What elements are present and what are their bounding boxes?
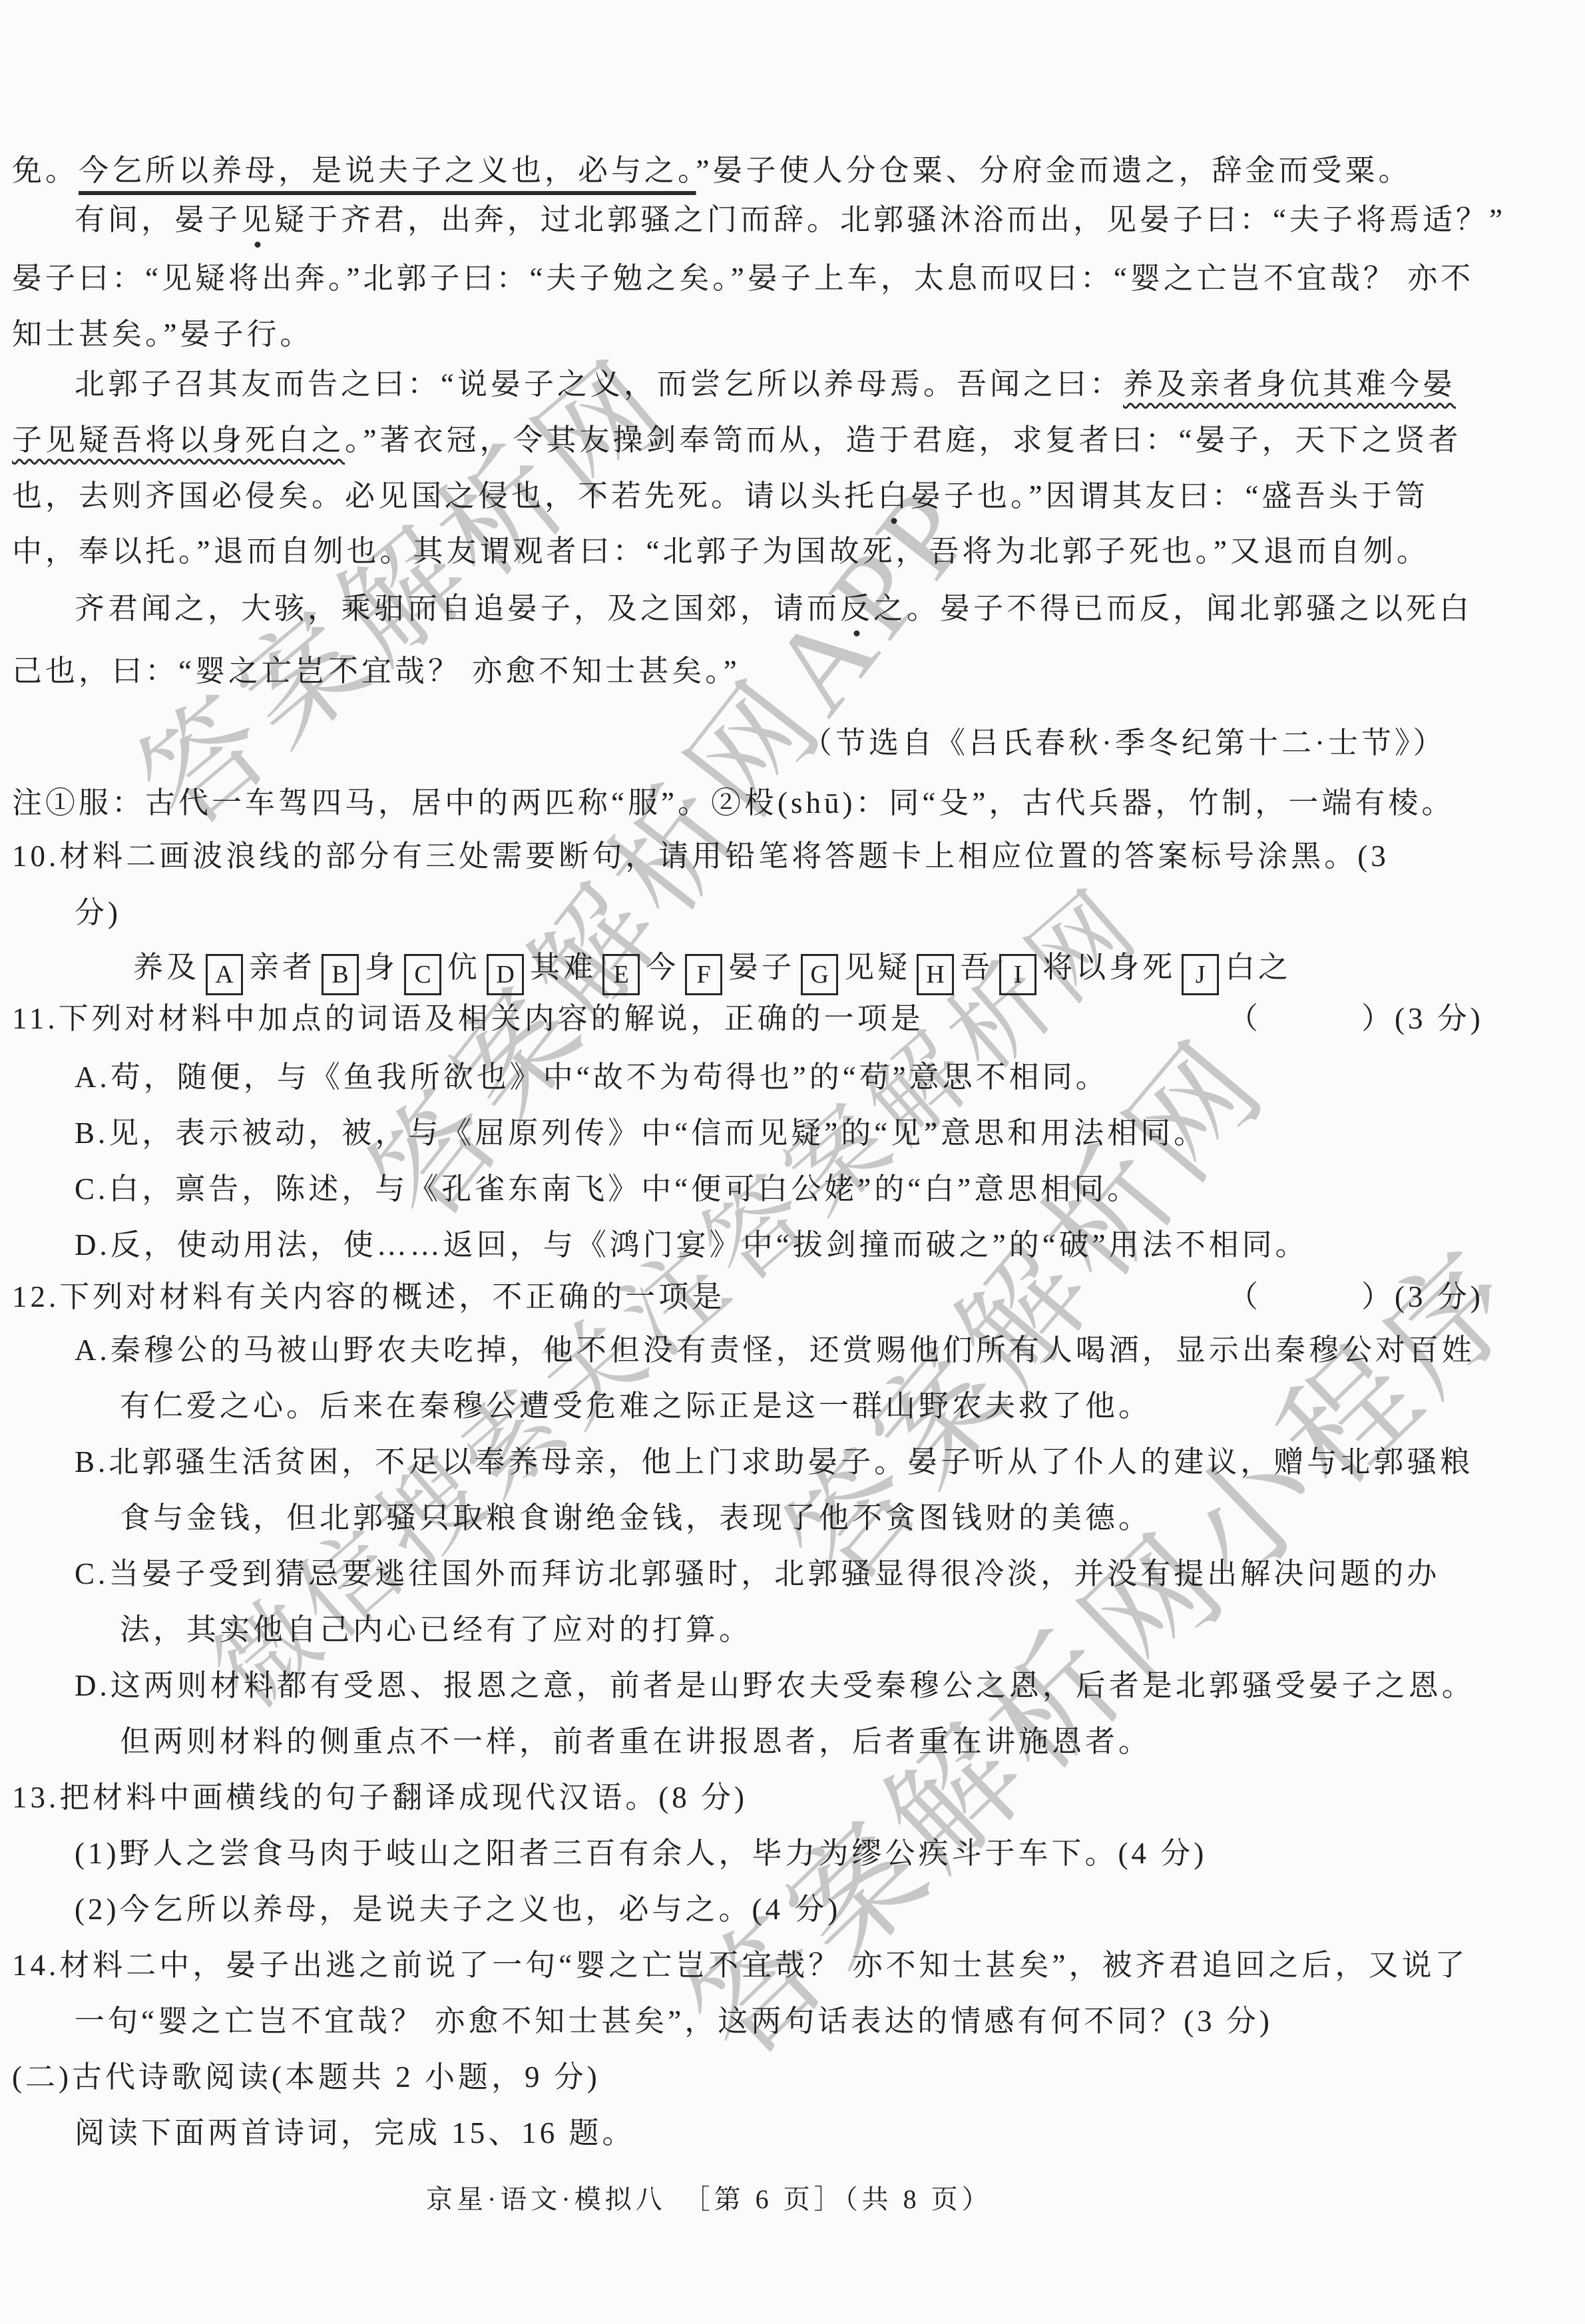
text-run: 免。	[12, 154, 79, 187]
text-run: 分)	[75, 896, 121, 929]
text-run: (1)野人之尝食马肉于岐山之阳者三百有余人，毕力为缪公疾斗于车下。(4 分)	[75, 1837, 1207, 1870]
section-2-instruction: 阅读下面两首诗词，完成 15、16 题。	[75, 2114, 636, 2152]
segmentation-choice-box[interactable]: H	[917, 954, 954, 995]
passage-source: （节选自《吕氏春秋·季冬纪第十二·士节》）	[802, 724, 1446, 762]
text-run: C.白，禀告，陈述，与《孔雀东南飞》中“便可白公姥”的“白”意思相同。	[75, 1172, 1140, 1206]
question-12-option-d-wrap: 但两则材料的侧重点不一样，前者重在讲报恩者，后者重在讲施恩者。	[120, 1723, 1152, 1760]
text-run: 己也，曰：“婴之亡岂不宜哉？ 亦愈不知士甚矣。”	[12, 654, 740, 688]
passage-line: 己也，曰：“婴之亡岂不宜哉？ 亦愈不知士甚矣。”	[12, 652, 740, 690]
text-run: (2)今乞所以养母，是说夫子之义也，必与之。(4 分)	[75, 1893, 841, 1926]
question-12-option-a: A.秦穆公的马被山野农夫吃掉，他不但没有责怪，还赏赐他们所有人喝酒，显示出秦穆公…	[75, 1331, 1475, 1369]
question-11-option-d: D.反，使动用法，使……返回，与《鸿门宴》中“拔剑撞而破之”的“破”用法不相同。	[75, 1226, 1309, 1264]
segmentation-choice-box[interactable]: E	[602, 954, 640, 995]
page-footer: 京星·语文·模拟八 ［第 6 页］（共 8 页）	[426, 2178, 993, 2216]
text-run: 见疑	[844, 951, 911, 984]
text-run: 齐君闻之，大骇，乘驲而自追晏子，及之国郊，请而	[75, 592, 840, 625]
text-run: 一句“婴之亡岂不宜哉？ 亦愈不知士甚矣”，这两句话表达的情感有何不同？(3 分)	[75, 2004, 1273, 2038]
text-run: D.这两则材料都有受恩、报恩之意，前者是山野农夫受秦穆公之恩，后者是北郭骚受晏子…	[75, 1669, 1475, 1702]
question-10-stem-wrap: 分)	[75, 894, 121, 931]
question-13-stem: 13.把材料中画横线的句子翻译成现代汉语。(8 分)	[12, 1779, 748, 1816]
text-run: 中，奉以托。”退而自刎也。其友谓观者曰：“北郭子为国故死，吾将为北郭子死也。”又…	[12, 535, 1430, 568]
segmentation-choice-box[interactable]: B	[322, 954, 359, 995]
text-run: 晏子也。”因谓其友曰：“盛吾头于笥	[911, 479, 1428, 513]
text-run: 晏子曰：“见疑将出奔。”北郭子曰：“夫子勉之矣。”晏子上车，太息而叹曰：“婴之亡…	[12, 262, 1474, 295]
text-dot: 见	[241, 203, 274, 236]
passage-note: 注①服：古代一车驾四马，居中的两匹称“服”。②杸(shū)：同“殳”，古代兵器，…	[12, 784, 1455, 821]
text-run: 养及	[133, 951, 200, 984]
question-14-stem: 14.材料二中，晏子出逃之前说了一句“婴之亡岂不宜哉？ 亦不知士甚矣”，被齐君追…	[12, 1947, 1468, 1984]
question-12-option-b-wrap: 食与金钱，但北郭骚只取粮食谢绝金钱，表现了他不贪图钱财的美德。	[120, 1499, 1152, 1536]
segmentation-choice-box[interactable]: J	[1182, 954, 1219, 995]
text-run: 今	[646, 951, 679, 984]
question-12-option-d: D.这两则材料都有受恩、报恩之意，前者是山野农夫受秦穆公之恩，后者是北郭骚受晏子…	[75, 1667, 1475, 1704]
passage-line: 子见疑吾将以身死白之。”著衣冠，令其友操剑奉笥而从，造于君庭，求复者曰：“晏子，…	[12, 421, 1461, 459]
question-13-sub-2: (2)今乞所以养母，是说夫子之义也，必与之。(4 分)	[75, 1891, 841, 1928]
question-12-option-b: B.北郭骚生活贫困，不足以奉养母亲，他上门求助晏子。晏子听从了仆人的建议，赠与北…	[75, 1443, 1473, 1481]
text-wavy: 养及亲者身伉其难今晏	[1123, 367, 1456, 401]
passage-line: 有间，晏子见疑于齐君，出奔，过北郭骚之门而辞。北郭骚沐浴而出，见晏子曰：“夫子将…	[75, 201, 1506, 238]
question-11-answer-bracket: （ ）(3 分)	[1228, 1000, 1484, 1037]
text-wavy: 子见疑吾将以身死白之	[12, 423, 345, 457]
text-run: 吾	[960, 951, 993, 984]
text-run: A.苟，随便，与《鱼我所欲也》中“故不为苟得也”的“苟”意思不相同。	[75, 1060, 1109, 1094]
question-11-stem: 11.下列对材料中加点的词语及相关内容的解说，正确的一项是	[12, 1000, 924, 1037]
passage-line: 中，奉以托。”退而自刎也。其友谓观者曰：“北郭子为国故死，吾将为北郭子死也。”又…	[12, 533, 1430, 570]
text-run: 北郭子召其友而告之曰：“说晏子之义，而尝乞所以养母焉。吾闻之曰：	[75, 367, 1123, 401]
text-run: 但两则材料的侧重点不一样，前者重在讲报恩者，后者重在讲施恩者。	[120, 1725, 1152, 1758]
text-run: 有间，晏子	[75, 203, 241, 236]
text-run: A.秦穆公的马被山野农夫吃掉，他不但没有责怪，还赏赐他们所有人喝酒，显示出秦穆公…	[75, 1333, 1475, 1367]
text-run: 11.下列对材料中加点的词语及相关内容的解说，正确的一项是	[12, 1002, 924, 1035]
segmentation-choice-box[interactable]: F	[685, 954, 722, 995]
text-run: （节选自《吕氏春秋·季冬纪第十二·士节》）	[802, 726, 1446, 760]
text-run: 阅读下面两首诗词，完成 15、16 题。	[75, 2116, 636, 2150]
question-11-option-a: A.苟，随便，与《鱼我所欲也》中“故不为苟得也”的“苟”意思不相同。	[75, 1058, 1109, 1096]
question-10-stem: 10.材料二画波浪线的部分有三处需要断句，请用铅笔将答题卡上相应位置的答案标号涂…	[12, 837, 1389, 875]
question-11-option-b: B.见，表示被动，被，与《屈原列传》中“信而见疑”的“见”意思和用法相同。	[75, 1114, 1207, 1152]
text-run: 13.把材料中画横线的句子翻译成现代汉语。(8 分)	[12, 1781, 748, 1814]
passage-line: 北郭子召其友而告之曰：“说晏子之义，而尝乞所以养母焉。吾闻之曰：养及亲者身伉其难…	[75, 365, 1456, 403]
text-run: 知士甚矣。”晏子行。	[12, 318, 313, 351]
text-run: 将以身死	[1042, 951, 1176, 984]
text-run: 食与金钱，但北郭骚只取粮食谢绝金钱，表现了他不贪图钱财的美德。	[120, 1501, 1152, 1534]
segmentation-choice-box[interactable]: G	[801, 954, 838, 995]
question-14-stem-wrap: 一句“婴之亡岂不宜哉？ 亦愈不知士甚矣”，这两句话表达的情感有何不同？(3 分)	[75, 2002, 1273, 2040]
text-run: D.反，使动用法，使……返回，与《鸿门宴》中“拔剑撞而破之”的“破”用法不相同。	[75, 1228, 1309, 1262]
question-12-option-a-wrap: 有仁爱之心。后来在秦穆公遭受危难之际正是这一群山野农夫救了他。	[120, 1387, 1152, 1425]
exam-page: 京星·语文·模拟八 ［第 6 页］（共 8 页） 答案解析网答案解析网APP微信…	[0, 0, 1585, 2324]
passage-line: 晏子曰：“见疑将出奔。”北郭子曰：“夫子勉之矣。”晏子上车，太息而叹曰：“婴之亡…	[12, 260, 1474, 297]
passage-line: 也，去则齐国必侵矣。必见国之侵也，不若先死。请以头托白晏子也。”因谓其友曰：“盛…	[12, 477, 1428, 515]
text-run: ”晏子使人分仓粟、分府金而遗之，辞金而受粟。	[696, 154, 1412, 187]
text-run: （ ）(3 分)	[1228, 1280, 1484, 1313]
text-run: （ ）(3 分)	[1228, 1002, 1484, 1035]
text-run: 法，其实他自己内心已经有了应对的打算。	[120, 1613, 752, 1646]
text-run: 10.材料二画波浪线的部分有三处需要断句，请用铅笔将答题卡上相应位置的答案标号涂…	[12, 839, 1389, 873]
passage-line: 免。今乞所以养母，是说夫子之义也，必与之。”晏子使人分仓粟、分府金而遗之，辞金而…	[12, 152, 1412, 189]
text-underline: 今乞所以养母，是说夫子之义也，必与之。	[79, 154, 696, 187]
text-run: 14.材料二中，晏子出逃之前说了一句“婴之亡岂不宜哉？ 亦不知士甚矣”，被齐君追…	[12, 1949, 1468, 1982]
text-run: C.当晏子受到猜忌要逃往国外而拜访北郭骚时，北郭骚显得很冷淡，并没有提出解决问题…	[75, 1557, 1440, 1590]
text-run: 身	[365, 951, 398, 984]
text-run: 之。晏子不得已而反，闻北郭骚之以死白	[873, 592, 1472, 625]
text-run: 伉	[447, 951, 481, 984]
text-run: 白之	[1225, 951, 1291, 984]
question-12-option-c: C.当晏子受到猜忌要逃往国外而拜访北郭骚时，北郭骚显得很冷淡，并没有提出解决问题…	[75, 1555, 1440, 1592]
passage-line: 知士甚矣。”晏子行。	[12, 316, 313, 353]
text-dot: 白	[877, 479, 911, 513]
passage-line: 齐君闻之，大骇，乘驲而自追晏子，及之国郊，请而反之。晏子不得已而反，闻北郭骚之以…	[75, 590, 1472, 627]
text-run: 注①服：古代一车驾四马，居中的两匹称“服”。②杸(shū)：同“殳”，古代兵器，…	[12, 786, 1455, 819]
question-11-option-c: C.白，禀告，陈述，与《孔雀东南飞》中“便可白公姥”的“白”意思相同。	[75, 1170, 1140, 1208]
text-run: 也，去则齐国必侵矣。必见国之侵也，不若先死。请以头托	[12, 479, 877, 513]
text-run: 疑于齐君，出奔，过北郭骚之门而辞。北郭骚沐浴而出，见晏子曰：“夫子将焉适？”	[274, 203, 1506, 236]
question-13-sub-1: (1)野人之尝食马肉于岐山之阳者三百有余人，毕力为缪公疾斗于车下。(4 分)	[75, 1835, 1207, 1872]
text-run: (二)古代诗歌阅读(本题共 2 小题，9 分)	[12, 2060, 600, 2094]
segmentation-choice-box[interactable]: C	[404, 954, 441, 995]
question-12-answer-bracket: （ ）(3 分)	[1228, 1278, 1484, 1315]
question-10-segmentation-row: 养及A亲者B身C伉D其难E今F晏子G见疑H吾I将以身死J白之	[133, 949, 1291, 995]
text-run: 有仁爱之心。后来在秦穆公遭受危难之际正是这一群山野农夫救了他。	[120, 1389, 1152, 1423]
text-run: 。”著衣冠，令其友操剑奉笥而从，造于君庭，求复者曰：“晏子，天下之贤者	[345, 423, 1461, 457]
text-run: 12.下列对材料有关内容的概述，不正确的一项是	[12, 1280, 725, 1313]
text-run: 亲者	[249, 951, 316, 984]
text-run: 其难	[530, 951, 596, 984]
text-dot: 反	[840, 592, 873, 625]
text-run: 晏子	[728, 951, 795, 984]
text-run: B.北郭骚生活贫困，不足以奉养母亲，他上门求助晏子。晏子听从了仆人的建议，赠与北…	[75, 1445, 1473, 1479]
segmentation-choice-box[interactable]: D	[487, 954, 524, 995]
text-run: B.见，表示被动，被，与《屈原列传》中“信而见疑”的“见”意思和用法相同。	[75, 1116, 1207, 1150]
segmentation-choice-box[interactable]: A	[206, 954, 243, 995]
segmentation-choice-box[interactable]: I	[999, 954, 1036, 995]
section-2-heading: (二)古代诗歌阅读(本题共 2 小题，9 分)	[12, 2058, 600, 2096]
question-12-option-c-wrap: 法，其实他自己内心已经有了应对的打算。	[120, 1611, 752, 1648]
question-12-stem: 12.下列对材料有关内容的概述，不正确的一项是	[12, 1278, 725, 1315]
